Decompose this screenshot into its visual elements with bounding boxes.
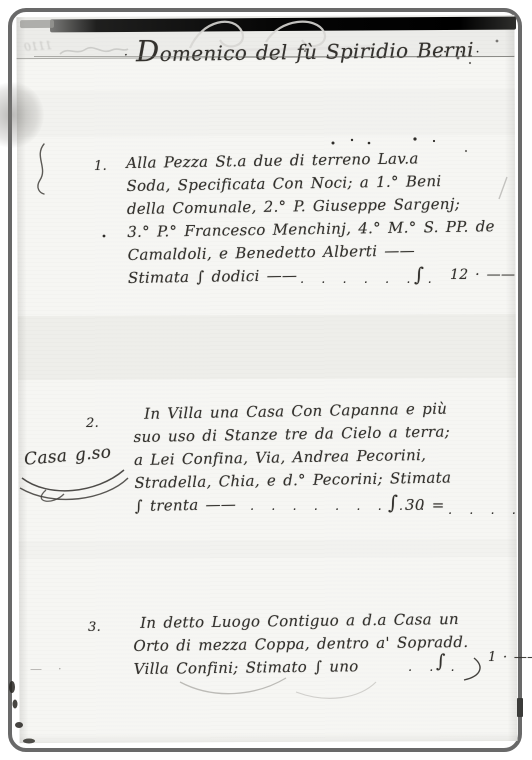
stray-marks-layer xyxy=(0,0,532,760)
scanned-document-view: 1110 · Domenico del fù Spiridio Berni · … xyxy=(0,0,532,760)
